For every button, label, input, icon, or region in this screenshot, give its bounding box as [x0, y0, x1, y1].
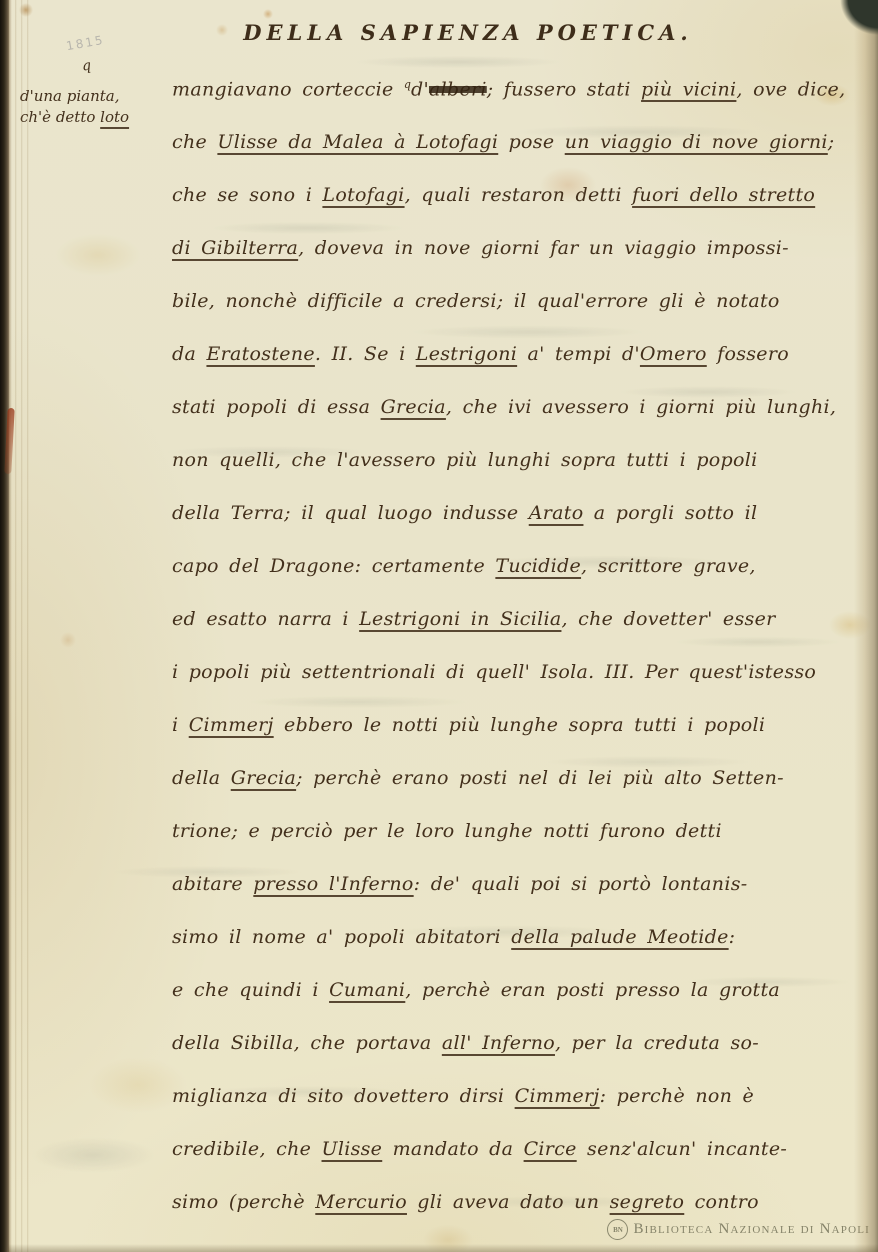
cover-corner-top-right	[818, 0, 878, 70]
manuscript-line: bile, nonchè difficile a credersi; il qu…	[172, 275, 864, 328]
manuscript-line: che se sono i Lotofagi, quali restaron d…	[172, 169, 864, 222]
manuscript-line: trione; e perciò per le loro lunghe nott…	[172, 805, 864, 858]
text-segment: più vicini	[641, 78, 736, 100]
manuscript-line: non quelli, che l'avessero più lunghi so…	[172, 434, 864, 487]
text-segment: fossero	[707, 343, 789, 365]
pencil-foliation-number: 1815	[65, 33, 105, 53]
manuscript-line: i Cimmerj ebbero le notti più lunghe sop…	[172, 699, 864, 752]
text-segment: all' Inferno	[442, 1032, 555, 1054]
text-segment: :	[729, 926, 736, 948]
text-segment: della Terra; il qual luogo indusse	[172, 502, 529, 524]
manuscript-line: d'una pianta,	[20, 86, 170, 107]
page-right-edge-shadow	[854, 0, 878, 1252]
text-segment: . II. Se i	[315, 343, 416, 365]
text-segment: Cimmerj	[515, 1085, 600, 1107]
text-segment: : de' quali poi si portò lontanis-	[414, 873, 748, 895]
text-segment: Ulisse da Malea à Lotofagi	[217, 131, 498, 153]
text-segment: Arato	[529, 502, 584, 524]
text-segment: fuori dello stretto	[632, 184, 815, 206]
text-segment: Cimmerj	[189, 714, 274, 736]
text-segment: , che ivi avessero i giorni più lunghi,	[446, 396, 836, 418]
text-segment: capo del Dragone: certamente	[172, 555, 495, 577]
manuscript-line: e che quindi i Cumani, perchè eran posti…	[172, 964, 864, 1017]
text-segment: un viaggio di nove giorni	[565, 131, 828, 153]
manuscript-line: ch'è detto loto	[20, 107, 170, 128]
text-segment: gli aveva dato un	[407, 1191, 610, 1213]
margin-note: d'una pianta,ch'è detto loto	[20, 86, 170, 128]
text-segment: d'una pianta,	[20, 87, 120, 105]
text-segment: Mercurio	[315, 1191, 407, 1213]
manuscript-page: DELLA SAPIENZA POETICA. 1815 q d'una pia…	[8, 0, 878, 1252]
text-segment: ;	[828, 131, 835, 153]
manuscript-line: capo del Dragone: certamente Tucidide, s…	[172, 540, 864, 593]
text-segment: miglianza di sito dovettero dirsi	[172, 1085, 515, 1107]
margin-insertion-mark: q	[81, 58, 92, 75]
text-segment: , per la creduta so-	[555, 1032, 759, 1054]
text-segment: abitare	[172, 873, 253, 895]
library-monogram-icon: BN	[607, 1219, 628, 1240]
text-segment: Cumani	[329, 979, 405, 1001]
text-segment: Circe	[524, 1138, 577, 1160]
text-segment: presso l'Inferno	[253, 873, 413, 895]
text-segment: a' tempi d'	[517, 343, 640, 365]
manuscript-line: miglianza di sito dovettero dirsi Cimmer…	[172, 1070, 864, 1123]
text-segment: e che quindi i	[172, 979, 329, 1001]
text-segment: ; perchè erano posti nel di lei più alto…	[296, 767, 784, 789]
text-segment: Eratostene	[206, 343, 314, 365]
page-title: DELLA SAPIENZA POETICA.	[128, 20, 808, 45]
text-segment: ed esatto narra i	[172, 608, 359, 630]
text-segment: bile, nonchè difficile a credersi; il qu…	[172, 290, 780, 312]
text-segment: alberi	[429, 78, 487, 100]
manuscript-line: della Grecia; perchè erano posti nel di …	[172, 752, 864, 805]
text-segment: i popoli più settentrionali di quell' Is…	[172, 661, 816, 683]
manuscript-line: di Gibilterra, doveva in nove giorni far…	[172, 222, 864, 275]
book-binding-edge	[0, 0, 9, 1252]
manuscript-line: della Terra; il qual luogo indusse Arato…	[172, 487, 864, 540]
text-segment: Lestrigoni	[416, 343, 517, 365]
manuscript-scan: { "header": "DELLA SAPIENZA POETICA.", "…	[0, 0, 878, 1252]
text-segment: Lestrigoni in Sicilia	[359, 608, 561, 630]
manuscript-line: stati popoli di essa Grecia, che ivi ave…	[172, 381, 864, 434]
text-segment: : perchè non è	[600, 1085, 755, 1107]
manuscript-line: della Sibilla, che portava all' Inferno,…	[172, 1017, 864, 1070]
text-segment: che	[172, 131, 217, 153]
text-segment: credibile, che	[172, 1138, 322, 1160]
page-edge-creases	[9, 0, 31, 1252]
text-segment: da	[172, 343, 206, 365]
text-segment: ; fussero stati	[487, 78, 641, 100]
text-segment: simo il nome a' popoli abitatori	[172, 926, 511, 948]
text-segment: contro	[684, 1191, 759, 1213]
manuscript-line: credibile, che Ulisse mandato da Circe s…	[172, 1123, 864, 1176]
text-segment: della Sibilla, che portava	[172, 1032, 442, 1054]
library-watermark: BN Biblioteca Nazionale di Napoli	[607, 1219, 870, 1240]
text-segment: d'	[411, 78, 429, 100]
text-segment: , perchè eran posti presso la grotta	[405, 979, 780, 1001]
text-segment: segreto	[610, 1191, 685, 1213]
text-segment: , ove dice,	[736, 78, 845, 100]
text-segment: i	[172, 714, 189, 736]
text-segment: della palude Meotide	[511, 926, 728, 948]
manuscript-line: simo il nome a' popoli abitatori della p…	[172, 911, 864, 964]
text-segment: , che dovetter' esser	[561, 608, 775, 630]
text-segment: , quali restaron detti	[405, 184, 633, 206]
text-segment: Tucidide	[495, 555, 581, 577]
text-segment: a porgli sotto il	[583, 502, 757, 524]
text-segment: della	[172, 767, 231, 789]
manuscript-line: che Ulisse da Malea à Lotofagi pose un v…	[172, 116, 864, 169]
text-segment: stati popoli di essa	[172, 396, 381, 418]
text-segment: , scrittore grave,	[581, 555, 756, 577]
text-segment: Omero	[640, 343, 707, 365]
text-segment: q	[404, 78, 411, 91]
text-segment: non quelli, che l'avessero più lunghi so…	[172, 449, 758, 471]
text-segment: simo (perchè	[172, 1191, 315, 1213]
page-bottom-edge-shadow	[8, 1244, 878, 1252]
manuscript-line: da Eratostene. II. Se i Lestrigoni a' te…	[172, 328, 864, 381]
text-segment: di Gibilterra	[172, 237, 298, 259]
manuscript-line: ed esatto narra i Lestrigoni in Sicilia,…	[172, 593, 864, 646]
manuscript-text-block: mangiavano corteccie qd'alberi; fussero …	[172, 58, 864, 1229]
text-segment: che se sono i	[172, 184, 322, 206]
text-segment: Grecia	[231, 767, 296, 789]
text-segment: , doveva in nove giorni far un viaggio i…	[298, 237, 789, 259]
manuscript-line: mangiavano corteccie qd'alberi; fussero …	[172, 58, 864, 116]
text-segment: senz'alcun' incante-	[577, 1138, 787, 1160]
manuscript-line: i popoli più settentrionali di quell' Is…	[172, 646, 864, 699]
text-segment: Ulisse	[322, 1138, 383, 1160]
text-segment: ch'è detto	[20, 108, 100, 126]
text-segment: Grecia	[381, 396, 446, 418]
manuscript-line: abitare presso l'Inferno: de' quali poi …	[172, 858, 864, 911]
text-segment: trione; e perciò per le loro lunghe nott…	[172, 820, 722, 842]
text-segment: pose	[498, 131, 564, 153]
text-segment: ebbero le notti più lunghe sopra tutti i…	[274, 714, 766, 736]
text-segment: loto	[100, 108, 129, 126]
library-watermark-label: Biblioteca Nazionale di Napoli	[633, 1221, 870, 1238]
text-segment: mangiavano corteccie	[172, 78, 404, 100]
text-segment: mandato da	[382, 1138, 523, 1160]
text-segment: Lotofagi	[322, 184, 404, 206]
